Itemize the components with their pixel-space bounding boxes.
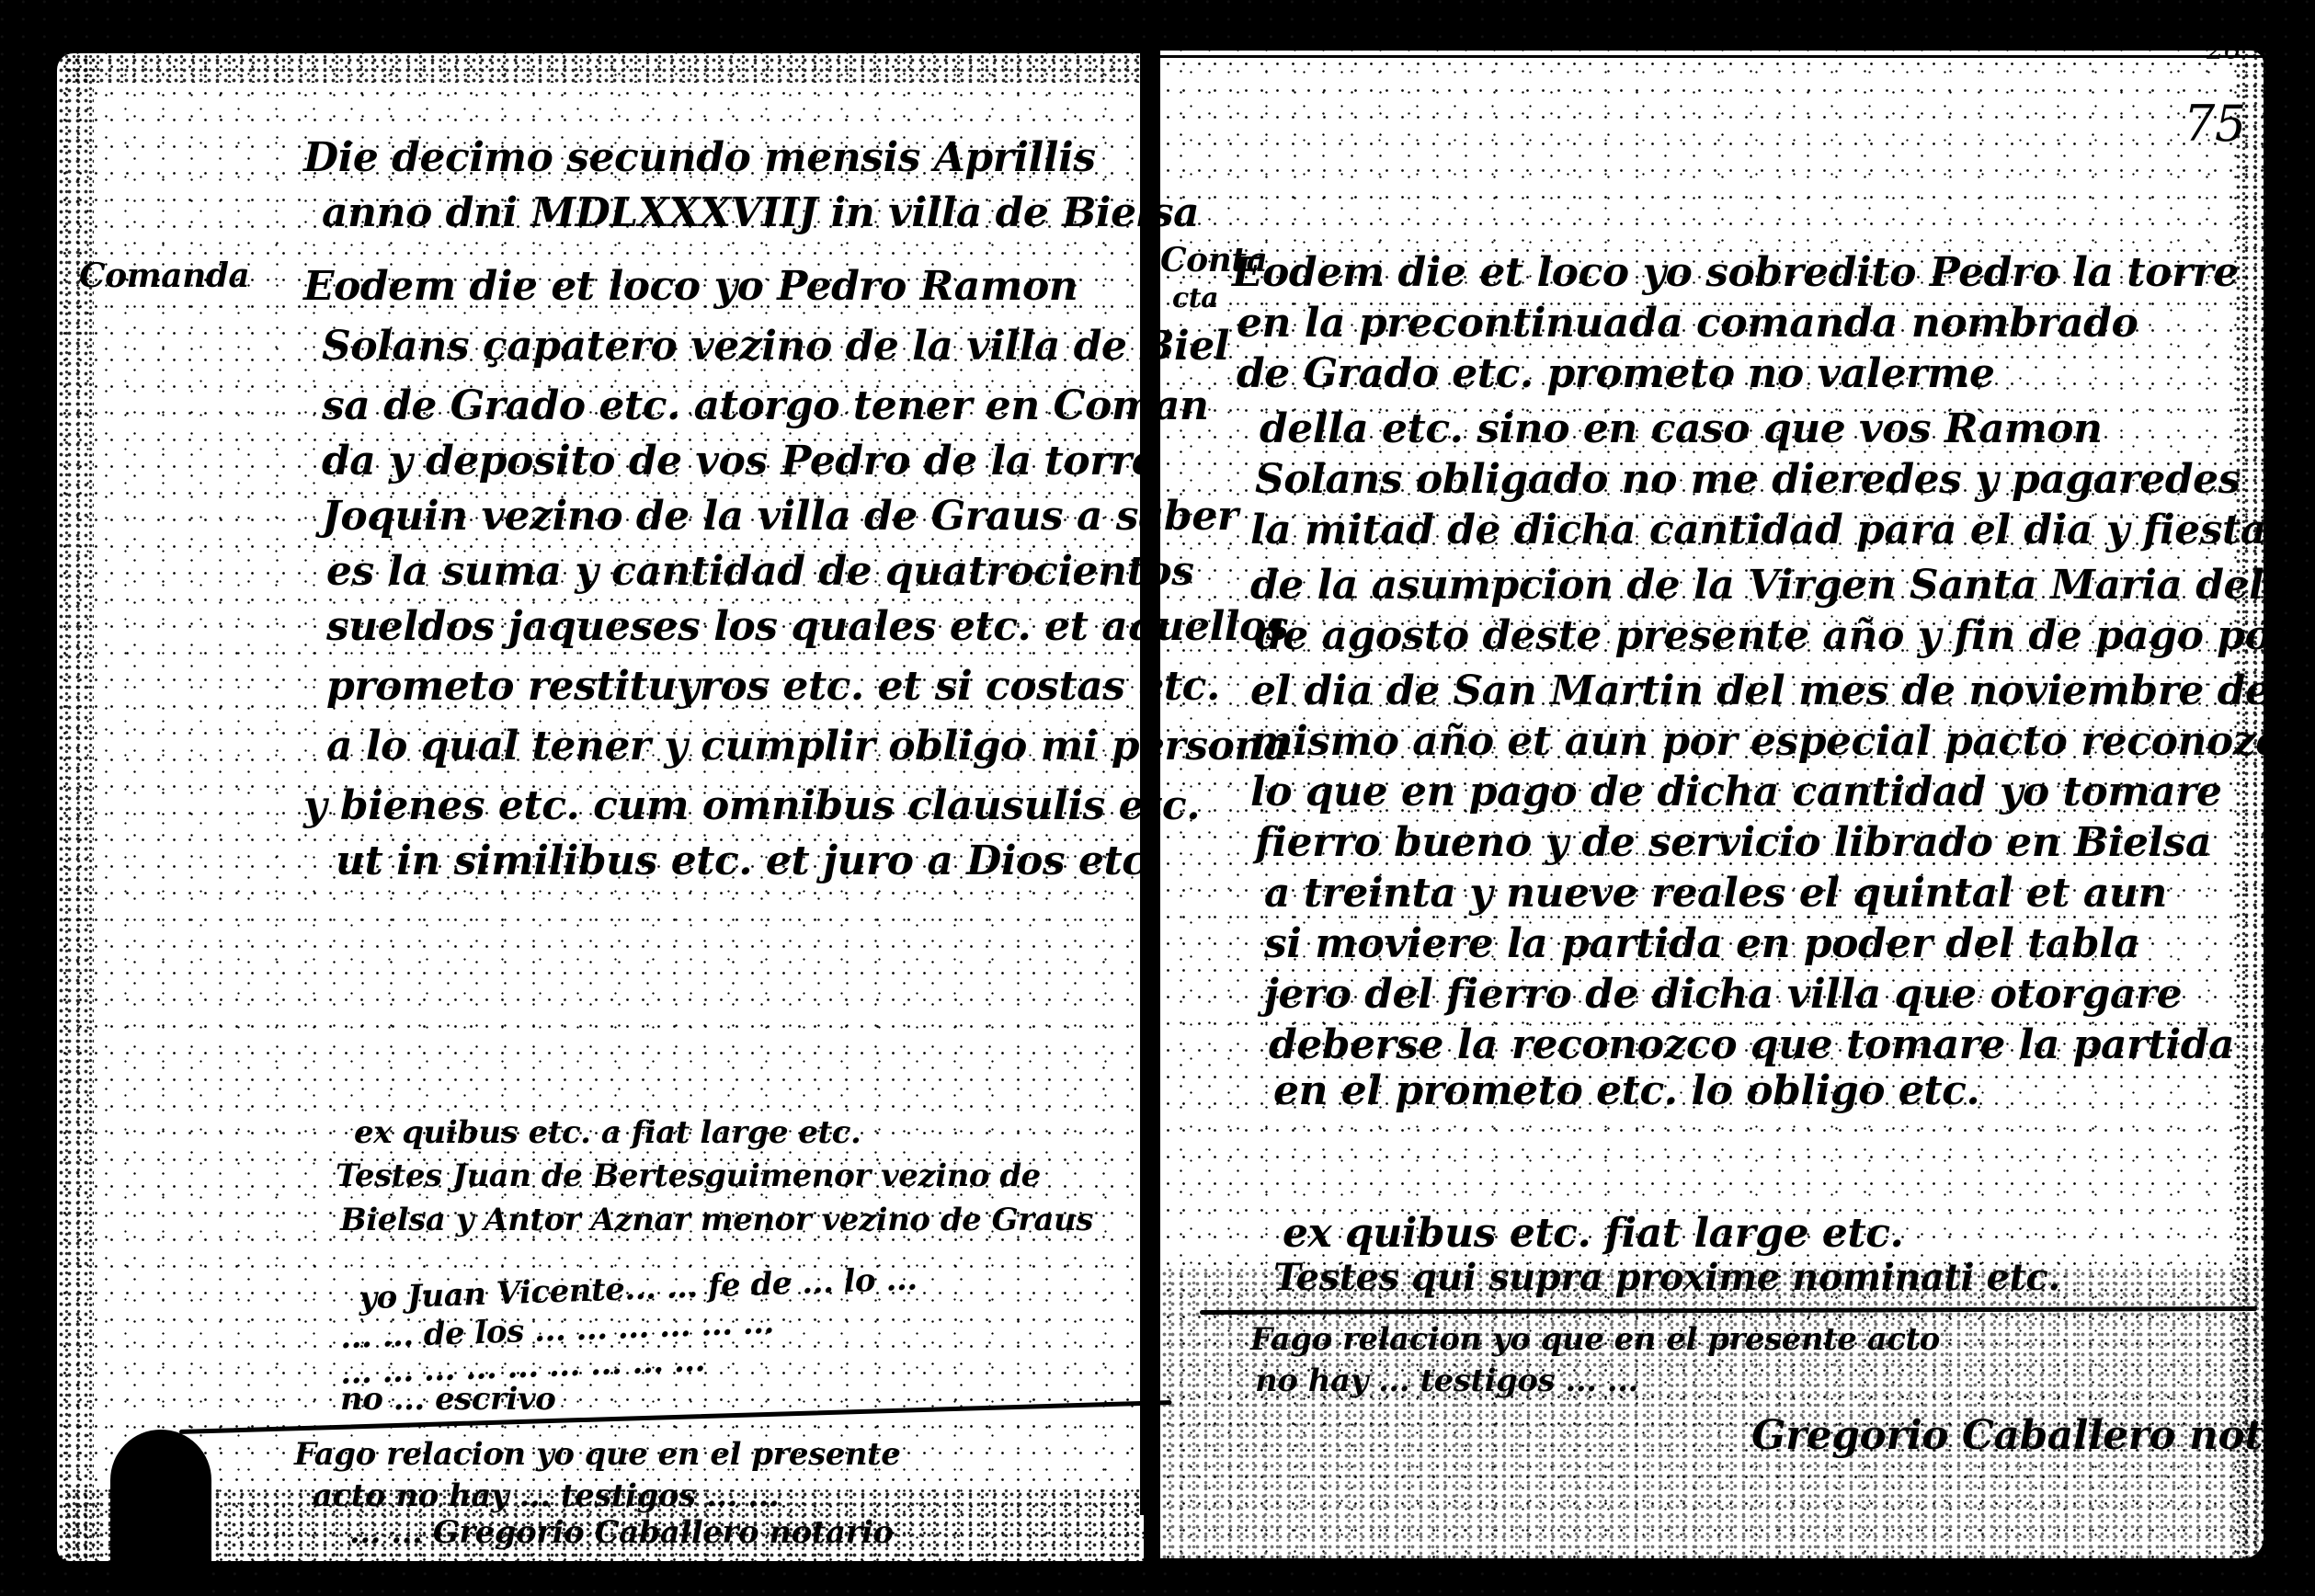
right-body-line: mismo año et aun por especial pacto reco… [1250,722,2306,762]
right-body-line: jero del fierro de dicha villa que otorg… [1264,975,2182,1015]
thumb-shadow [110,1430,211,1596]
left-body-line: sa de Grado etc. atorgo tener en Coman [322,386,1208,427]
right-body-line: Solans obligado no me dieredes y pagared… [1255,460,2241,500]
right-witness-line: Testes qui supra proxime nominati etc. [1273,1260,2060,1296]
right-body-line: della etc. sino en caso que vos Ramon [1260,409,2103,450]
margin-note-contracta: cta [1172,285,1218,313]
right-page-right-edge [2234,51,2271,1558]
right-body-line: de Grado etc. prometo no valerme [1237,354,1995,394]
right-body-line: de agosto deste presente año y fin de pa… [1255,616,2292,656]
right-footer-line: no hay ... testigos ... ... [1255,1365,1638,1396]
right-footer-line: Fago relacion yo que en el presente acto [1250,1324,1940,1355]
left-footer-line: Fago relacion yo que en el presente [294,1439,900,1470]
right-body-line: lo que en pago de dicha cantidad yo toma… [1250,772,2221,813]
left-witness-line: ex quibus etc. a fiat large etc. [354,1117,861,1148]
left-date-line: Die decimo secundo mensis Aprillis [303,138,1095,178]
left-body-line: sueldos jaqueses los quales etc. et aque… [326,607,1288,647]
right-body-line: la mitad de dicha cantidad para el dia y… [1250,510,2266,551]
notary-signature: Gregorio Caballero notario [1751,1416,2315,1456]
left-witness-line: Testes Juan de Bertesguimenor vezino de [336,1160,1041,1191]
right-body-line: en el prometo etc. lo obligo etc. [1273,1071,1979,1111]
right-body-line: deberse la reconozco que tomare la parti… [1269,1025,2234,1066]
right-page-top-rule [1160,55,2264,58]
margin-note-comanda: Comanda [79,259,249,292]
left-body-line: es la suma y cantidad de quatrocientos [326,552,1193,592]
left-body-line: Joquin vezino de la villa de Graus a sab… [322,496,1238,537]
left-body-line: a lo qual tener y cumplir obligo mi pers… [326,726,1289,767]
folio-number: 75 [2184,99,2246,149]
right-body-line: en la precontinuada comanda nombrado [1237,303,2138,344]
right-body-line: a treinta y nueve reales el quintal et a… [1264,873,2167,914]
right-body-line: de la asumpcion de la Virgen Santa Maria… [1250,565,2315,606]
left-body-line: prometo restituyros etc. et si costas et… [326,667,1220,707]
corner-mark: 26 [2207,37,2241,64]
left-page-top-edge [64,55,1140,83]
right-body-line: fierro bueno y de servicio librado en Bi… [1255,823,2211,863]
left-date-line: anno dni MDLXXXVIIJ in villa de Bielsa [322,193,1199,234]
page-gutter [1140,44,1153,1515]
left-body-line: da y deposito de vos Pedro de la torre [322,441,1157,482]
left-note-line: no ... escrivo [340,1384,555,1415]
right-witness-line: ex quibus etc. fiat large etc. [1283,1214,1903,1254]
right-body-line: si moviere la partida en poder del tabla [1264,924,2139,964]
left-body-line: ut in similibus etc. et juro a Dios etc. [336,841,1159,882]
left-footer-line: ... ... Gregorio Caballero notario [349,1517,894,1548]
left-body-line: Eodem die et loco yo Pedro Ramon [303,267,1078,307]
left-witness-line: Bielsa y Antor Aznar menor vezino de Gra… [340,1204,1093,1236]
right-body-line: el dia de San Martin del mes de noviembr… [1250,671,2315,712]
left-body-line: Solans çapatero vezino de la villa de Bi… [322,326,1229,367]
left-footer-line: acto no hay ... testigos ... ... [313,1480,779,1511]
left-body-line: y bienes etc. cum omnibus clausulis etc. [303,786,1200,826]
right-body-line: Eodem die et loco yo sobredito Pedro la … [1232,253,2239,293]
